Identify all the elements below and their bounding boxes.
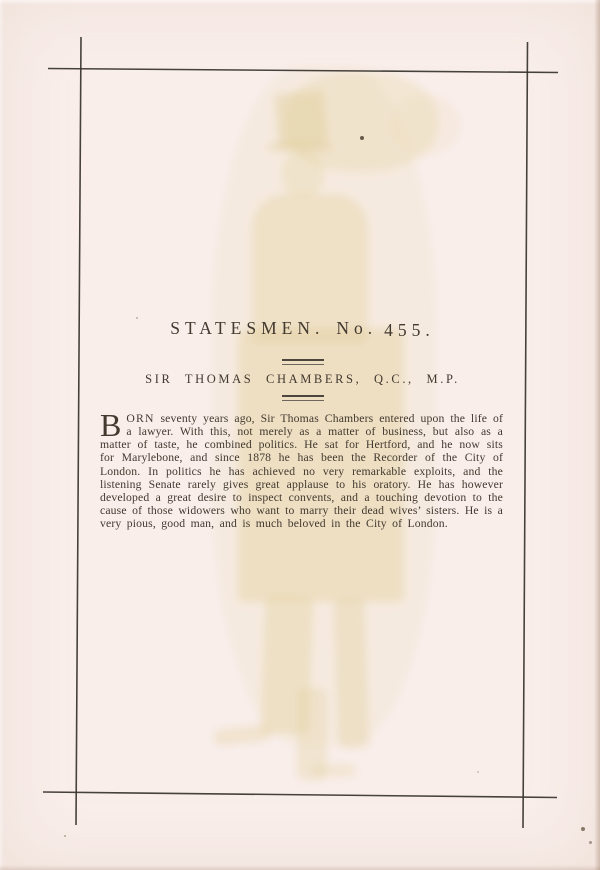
biography-paragraph: BORN seventy years ago, Sir Thomas Chamb… <box>100 412 503 530</box>
rule-thin-line <box>282 364 324 365</box>
foxing-speck <box>136 317 138 319</box>
series-title: STATESMEN. <box>170 318 324 338</box>
foxing-speck <box>581 827 585 831</box>
border-left-rule <box>76 37 81 825</box>
foxing-speck <box>360 136 364 140</box>
series-title-line: STATESMEN.No.455. <box>79 318 526 339</box>
biography-text: seventy years ago, Sir Thomas Chambers e… <box>100 412 503 530</box>
foxing-speck <box>64 835 66 837</box>
foxing-speck <box>589 841 592 844</box>
lead-capitals: ORN <box>126 412 154 425</box>
drop-cap: B <box>100 412 126 438</box>
plate-number: 455. <box>384 320 435 341</box>
double-rule-divider <box>282 395 324 401</box>
scanned-plate-page: STATESMEN.No.455. SIR THOMAS CHAMBERS, Q… <box>0 0 600 870</box>
border-right-rule <box>523 42 528 828</box>
subject-name: SIR THOMAS CHAMBERS, Q.C., M.P. <box>79 372 526 387</box>
foxing-speck <box>477 771 479 773</box>
border-top-rule <box>48 69 558 73</box>
rule-thick-line <box>282 359 324 361</box>
rule-thick-line <box>282 395 324 397</box>
plate-number-label: No. <box>336 318 377 338</box>
rule-thin-line <box>282 400 324 401</box>
double-rule-divider <box>282 359 324 365</box>
border-bottom-rule <box>43 792 557 798</box>
